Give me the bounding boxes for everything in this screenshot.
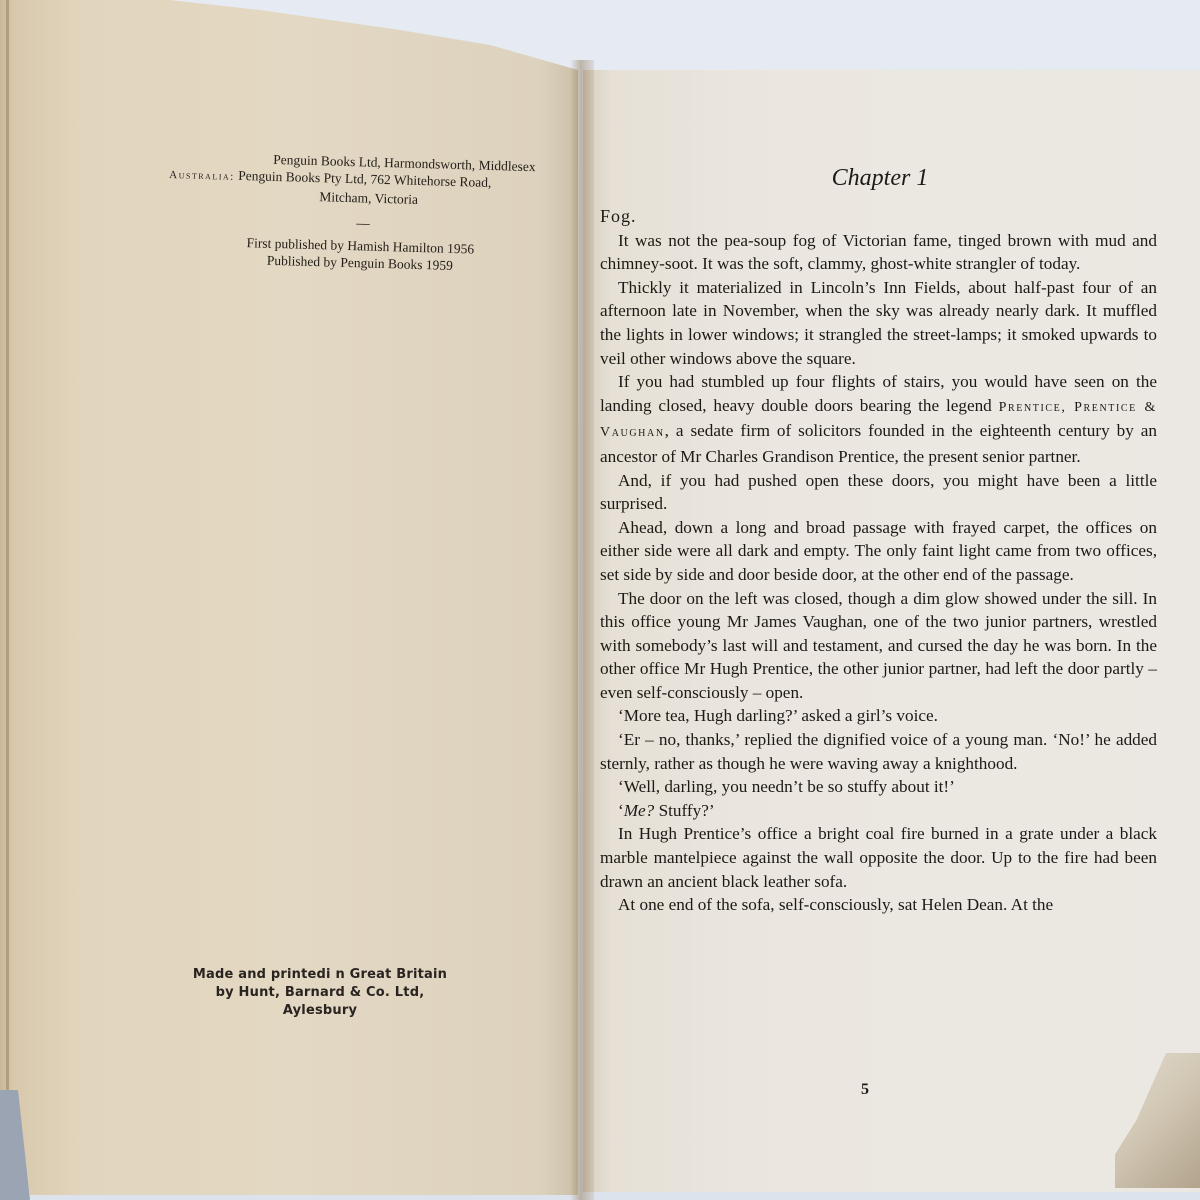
paragraph: Ahead, down a long and broad passage wit…: [600, 516, 1157, 587]
publisher-imprint: Penguin Books Ltd, Harmondsworth, Middle…: [167, 148, 550, 277]
paragraph: The door on the left was closed, though …: [600, 587, 1157, 705]
left-page-edge: [6, 0, 9, 1100]
paragraph: It was not the pea-soup fog of Victorian…: [600, 229, 1157, 276]
paragraph: ‘Me? Stuffy?’: [600, 799, 1157, 823]
paragraph: At one end of the sofa, self-consciously…: [600, 893, 1157, 917]
paragraph: And, if you had pushed open these doors,…: [600, 469, 1157, 516]
paragraph: ‘More tea, Hugh darling?’ asked a girl’s…: [600, 704, 1157, 728]
printer-line-1: Made and printedi n Great Britain: [190, 966, 450, 984]
paragraph: Fog.: [600, 205, 1157, 229]
australia-label: Australia:: [169, 169, 235, 183]
paragraph: In Hugh Prentice’s office a bright coal …: [600, 822, 1157, 893]
book-spine: [570, 60, 594, 1200]
paragraph: Thickly it materialized in Lincoln’s Inn…: [600, 276, 1157, 370]
separator: —: [168, 209, 548, 237]
paragraph: If you had stumbled up four flights of s…: [600, 370, 1157, 468]
printer-line-3: Aylesbury: [190, 1002, 450, 1020]
printer-line-2: by Hunt, Barnard & Co. Ltd,: [190, 984, 450, 1002]
paragraph: ‘Well, darling, you needn’t be so stuffy…: [600, 775, 1157, 799]
paragraph: ‘Er – no, thanks,’ replied the dignified…: [600, 728, 1157, 775]
printer-credit: Made and printedi n Great Britain by Hun…: [190, 966, 450, 1020]
chapter-body: Fog. It was not the pea-soup fog of Vict…: [600, 205, 1157, 917]
chapter-title: Chapter 1: [600, 165, 1160, 192]
page-number: 5: [850, 1081, 880, 1099]
